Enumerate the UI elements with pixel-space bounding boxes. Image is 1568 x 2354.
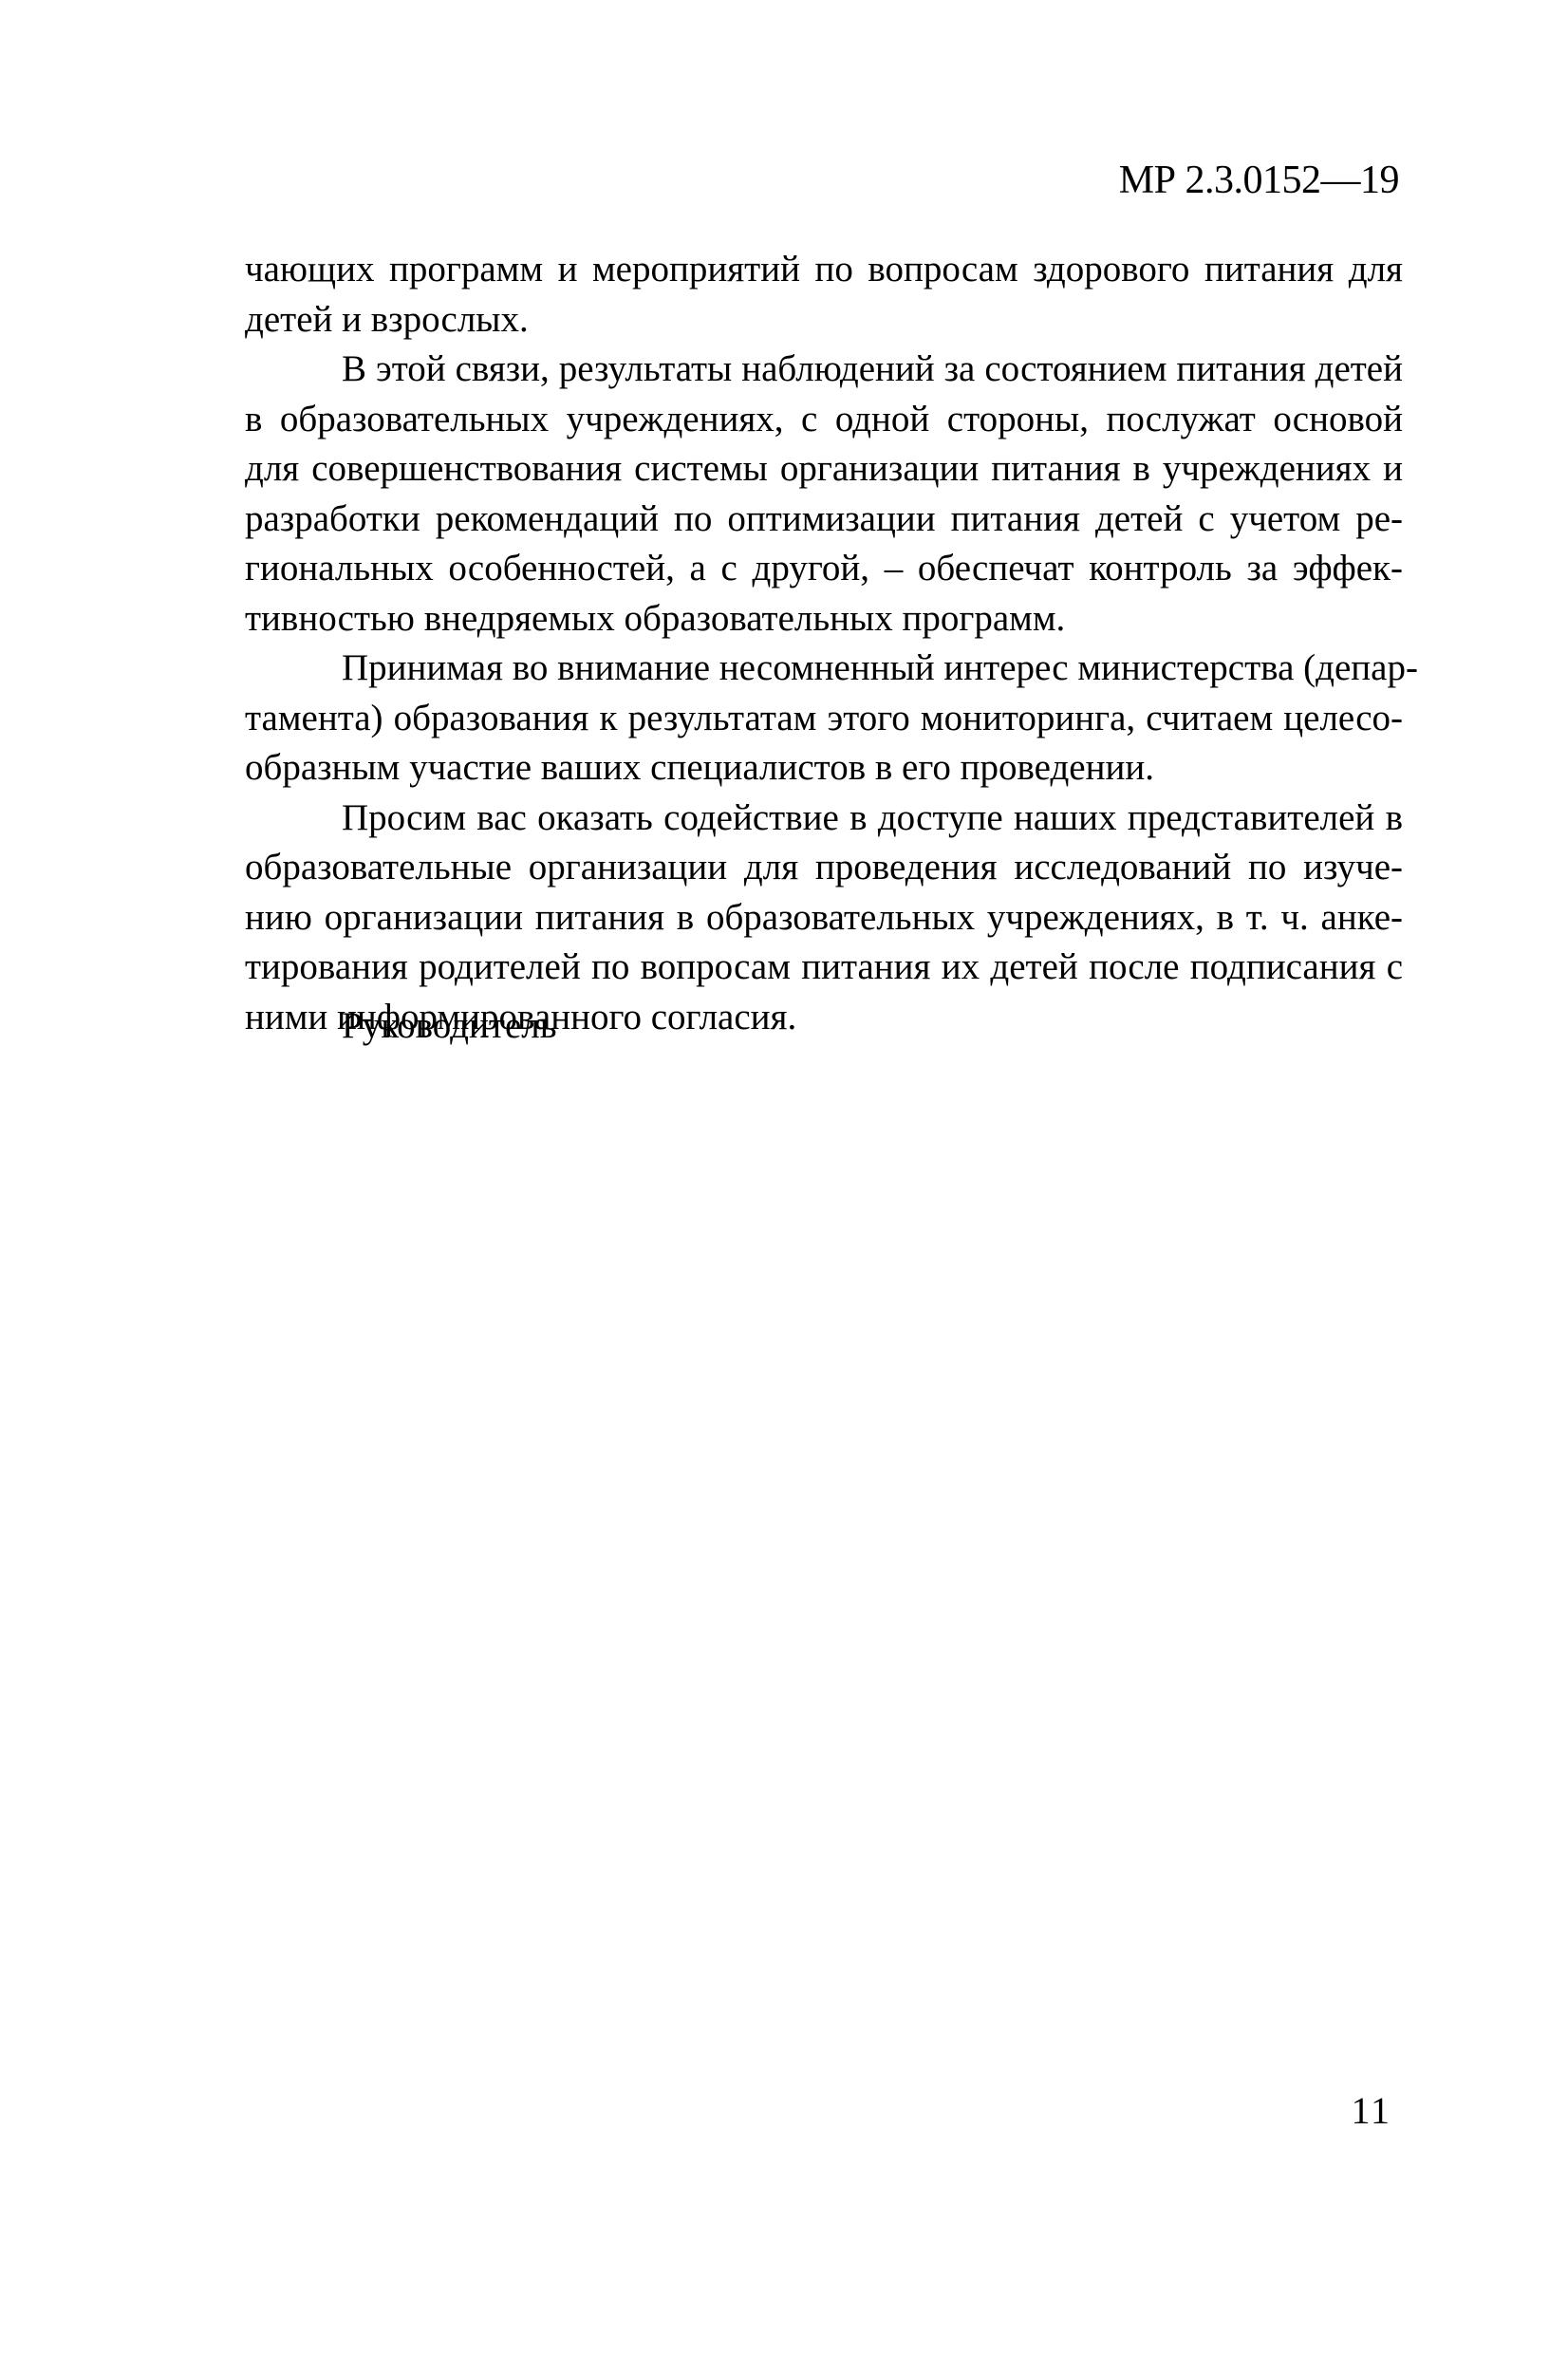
text-line: образовательные организации для проведен… <box>245 843 1403 893</box>
text-line: гиональных особенностей, а с другой, – о… <box>245 544 1403 594</box>
text-line: тамента) образования к результатам этого… <box>245 694 1403 744</box>
text-line: тивностью внедряемых образовательных про… <box>245 594 1403 645</box>
page-number: 11 <box>1351 2088 1391 2134</box>
document-code: МР 2.3.0152—19 <box>1119 158 1399 203</box>
text-line: В этой связи, результаты наблюдений за с… <box>245 345 1403 395</box>
text-line: Принимая во внимание несомненный интерес… <box>245 644 1403 694</box>
paragraph-3: Принимая во внимание несомненный интерес… <box>245 644 1403 794</box>
text-line: нию организации питания в образовательны… <box>245 893 1403 943</box>
text-line: тирования родителей по вопросам питания … <box>245 943 1403 993</box>
paragraph-1: чающих программ и мероприятий по вопроса… <box>245 245 1403 345</box>
document-page: МР 2.3.0152—19 чающих программ и меропри… <box>0 0 1568 2354</box>
text-line: чающих программ и мероприятий по вопроса… <box>245 245 1403 295</box>
text-line: разработки рекомендаций по оптимизации п… <box>245 495 1403 545</box>
text-line: образным участие ваших специалистов в ег… <box>245 743 1403 794</box>
body-text: чающих программ и мероприятий по вопроса… <box>245 245 1403 1042</box>
signature-label: Руководитель <box>245 1001 1004 1051</box>
text-line: для совершенствования системы организаци… <box>245 444 1403 495</box>
paragraph-2: В этой связи, результаты наблюдений за с… <box>245 345 1403 644</box>
text-line: детей и взрослых. <box>245 295 1403 346</box>
text-line: в образовательных учреждениях, с одной с… <box>245 395 1403 445</box>
text-line: Просим вас оказать содействие в доступе … <box>245 794 1403 844</box>
